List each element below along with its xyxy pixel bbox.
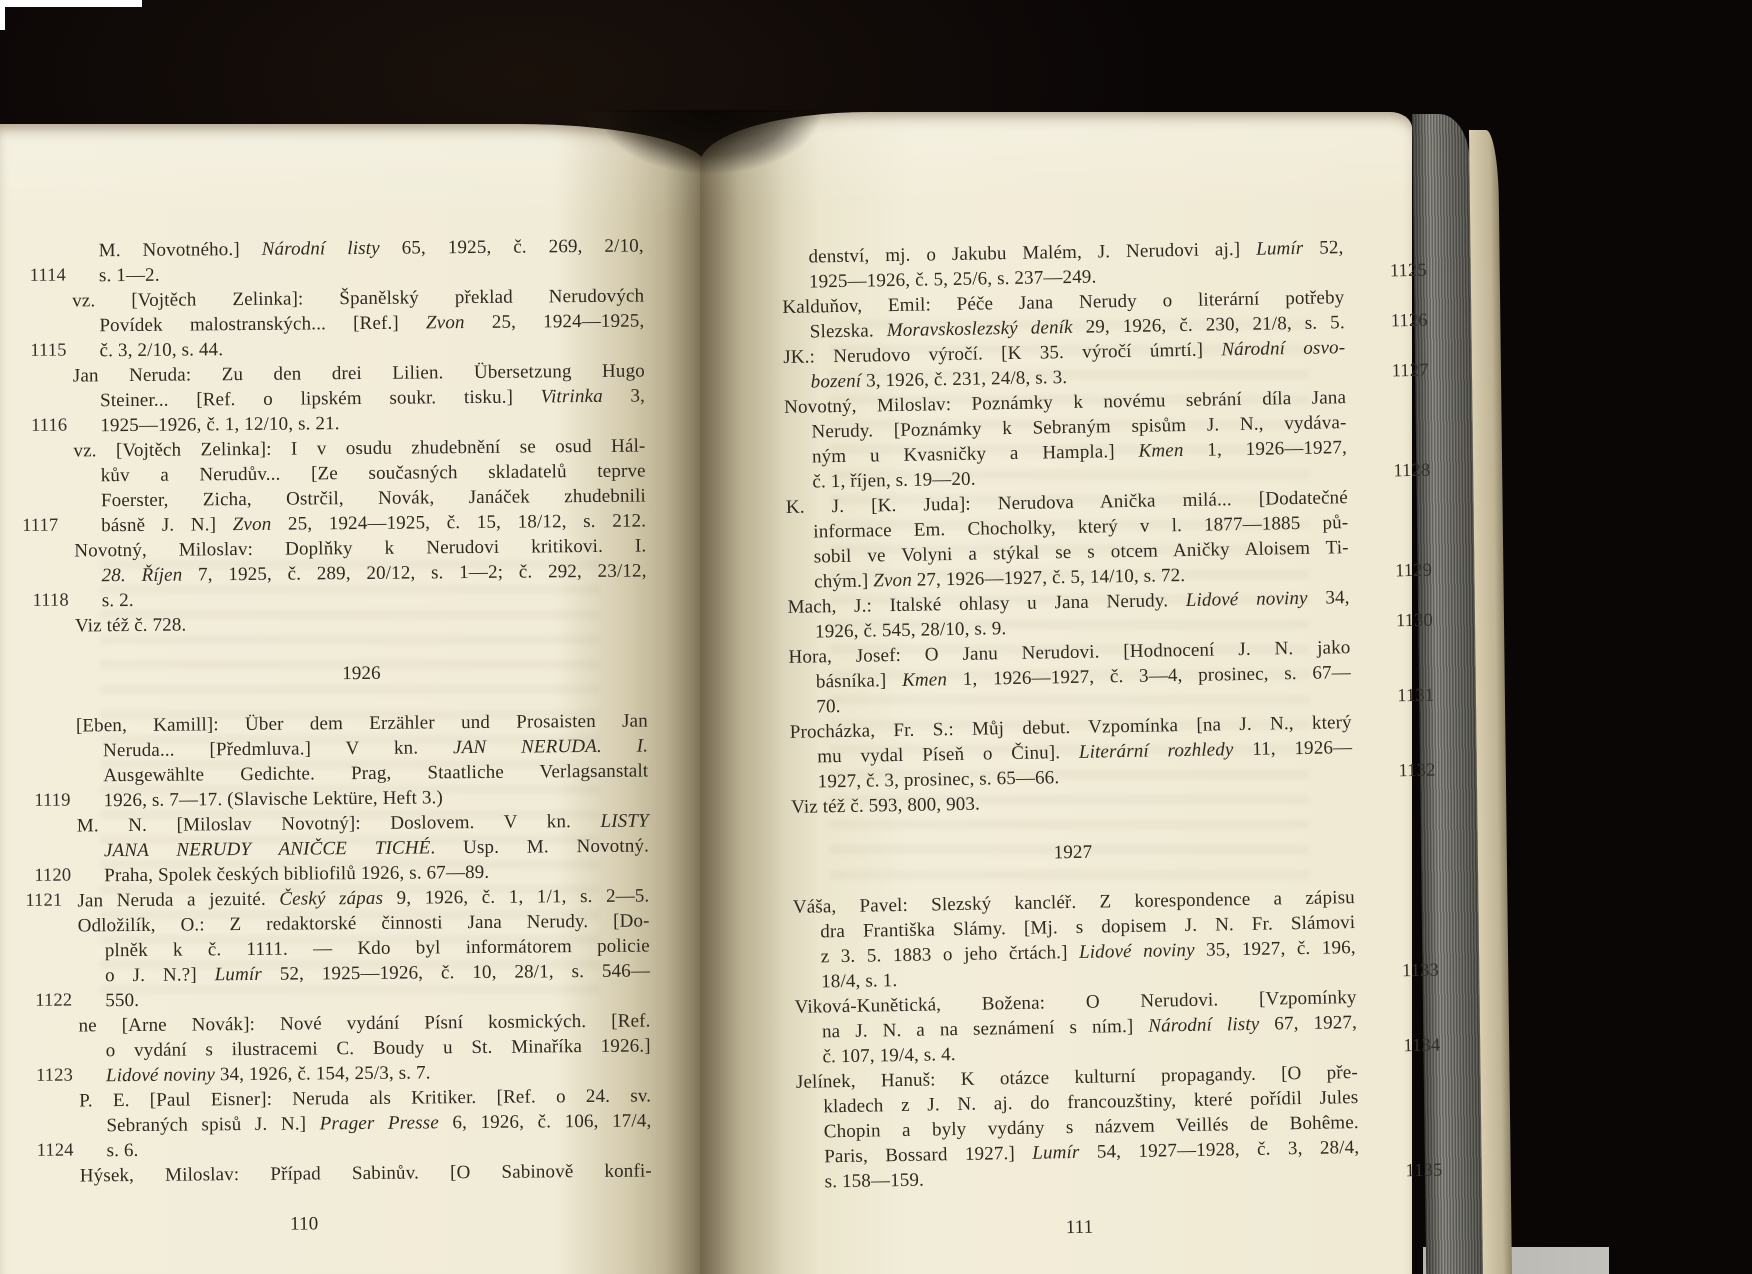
text-segment: básníka.] [816, 670, 903, 693]
italic-title-segment: LISTY [600, 811, 648, 832]
italic-title-segment: Moravskoslezský deník [887, 317, 1073, 341]
scanner-edge-artifact [0, 0, 5, 30]
text-segment: o J. N.?] [105, 964, 215, 986]
text-segment: č. 1, říjen, s. 19—20. [812, 469, 976, 493]
entry-number: 1128 [1393, 458, 1453, 484]
entry-number: 1122 [26, 989, 72, 1014]
text-segment: 54, 1927—1928, č. 3, 28/4, [1079, 1137, 1359, 1163]
text-segment: 35, 1927, č. 196, [1195, 937, 1356, 961]
italic-title-segment: 28. Říjen [102, 565, 183, 587]
text-segment: 18/4, s. 1. [821, 970, 897, 992]
entry-number: 1118 [23, 589, 69, 614]
entry-number: 1132 [1398, 758, 1458, 784]
text-segment: 7, 1925, č. 289, 20/12, s. 1—2; č. 292, … [182, 561, 646, 586]
text-segment: 110 [290, 1213, 318, 1234]
text-segment: 11, 1926— [1233, 737, 1352, 760]
entry-number: 1124 [28, 1139, 74, 1164]
text-segment: kův a Nerudův... [Ze současných skladate… [101, 461, 646, 487]
italic-title-segment: Národní osvo- [1221, 337, 1345, 360]
text-segment: 34, 1926, č. 154, 25/3, s. 7. [215, 1062, 431, 1085]
entry-number: 1114 [20, 264, 66, 289]
text-segment: Praha, Spolek českých bibliofilů 1926, s… [104, 862, 489, 886]
text-segment: 550. [105, 990, 139, 1011]
entry-number: 1119 [24, 789, 70, 814]
text-segment: básně J. N.] [101, 514, 233, 536]
text-segment: 67, 1927, [1259, 1012, 1357, 1035]
italic-title-segment: Lumír [1032, 1142, 1080, 1164]
text-segment: 1926, s. 7—17. (Slavische Lektüre, Heft … [103, 787, 443, 811]
italic-title-segment: Lidové noviny [1079, 940, 1195, 963]
italic-title-segment: Národní listy [262, 238, 380, 260]
text-segment: z 3. 5. 1883 o jeho črtách.] [821, 942, 1080, 968]
text-segment: 111 [1066, 1217, 1094, 1238]
text-segment: 34, [1307, 587, 1349, 609]
text-segment: č. 107, 19/4, s. 4. [822, 1044, 956, 1067]
italic-title-segment: Lidové noviny [1186, 588, 1308, 611]
text-segment: 1925—1926, č. 5, 25/6, s. 237—249. [809, 266, 1097, 292]
entry-number: 1123 [27, 1064, 73, 1089]
text-segment: s. 158—159. [824, 1170, 924, 1193]
entry-number: 1126 [1391, 308, 1451, 334]
text-segment: Viz též č. 593, 800, 903. [791, 794, 980, 818]
italic-title-segment: Vitrinka [541, 386, 603, 408]
text-segment: Paris, Bossard 1927.] [824, 1143, 1032, 1168]
text-segment: 52, [1303, 237, 1343, 259]
text-segment: č. 3, 2/10, s. 44. [100, 339, 224, 361]
italic-title-segment: Kmen [1138, 440, 1183, 462]
text-segment: Neruda... [Předmluva.] V kn. [103, 737, 453, 761]
text-segment: 1926 [342, 663, 381, 684]
italic-title-segment: JANA NERUDY ANIČCE TICHÉ [104, 837, 431, 861]
text-segment: Steiner... [Ref. o lipském soukr. tisku.… [100, 386, 541, 411]
text-segment: Ausgewählte Gedichte. Prag, Staatliche V… [103, 761, 648, 787]
text-segment: M. Novotného.] [99, 239, 262, 261]
text-segment: Sebraných spisů J. N.] [106, 1113, 320, 1136]
text-segment: 29, 1926, č. 230, 21/8, s. 5. [1072, 312, 1344, 338]
text-segment: vz. [Vojtěch Zelinka]: I v osudu zhudebn… [73, 436, 645, 462]
text-segment: plněk k č. 1111. — Kdo byl informátorem … [105, 935, 650, 961]
italic-title-segment: Zvon [233, 514, 272, 535]
text-segment: o vydání s ilustracemi C. Boudy u St. Mi… [106, 1035, 651, 1061]
entry-number: 1130 [1396, 608, 1456, 634]
italic-title-segment: Zvon [426, 312, 465, 333]
text-segment: 1926, č. 545, 28/10, s. 9. [815, 618, 1007, 642]
italic-title-segment: JAN NERUDA. I. [453, 736, 648, 759]
italic-title-segment: Zvon [873, 570, 912, 592]
italic-title-segment: Kmen [902, 669, 947, 691]
italic-title-segment: Národní listy [1148, 1014, 1259, 1037]
text-segment: 1, 1926—1927, [1183, 437, 1347, 461]
book-spread-scan: M. Novotného.] Národní listy 65, 1925, č… [0, 0, 1752, 1274]
text-segment: chým.] [814, 570, 873, 592]
text-segment: Jan Neruda: Zu den drei Lilien. Übersetz… [73, 361, 645, 387]
italic-title-segment: Prager Presse [320, 1112, 439, 1134]
entry-number: 1115 [21, 339, 67, 364]
text-segment: 1927, č. 3, prosinec, s. 65—66. [818, 767, 1060, 792]
entry-number: 1129 [1395, 558, 1455, 584]
text-segment: . Usp. M. Novotný. [430, 836, 649, 859]
text-segment: Povídek malostranských... [Ref.] [99, 312, 426, 336]
text-segment: 3, 1926, č. 231, 24/8, s. 3. [861, 367, 1067, 392]
text-segment: s. 6. [107, 1140, 139, 1161]
text-segment: ne [Arne Novák]: Nové vydání Písní kosmi… [78, 1010, 650, 1036]
entry-number: 1135 [1405, 1158, 1465, 1184]
text-segment: Odložilík, O.: Z redaktorské činnosti Ja… [78, 910, 650, 936]
text-segment: Novotný, Miloslav: Doplňky k Nerudovi kr… [74, 536, 646, 562]
text-segment: Hýsek, Miloslav: Případ Sabinův. [O Sabi… [80, 1160, 652, 1186]
text-segment: 1927 [1053, 842, 1092, 864]
text-segment: 70. [816, 696, 841, 717]
entry-number: 1117 [22, 514, 68, 539]
text-segment: 1925—1926, č. 1, 12/10, s. 21. [100, 413, 340, 436]
entry-number: 1133 [1402, 958, 1462, 984]
scanner-edge-artifact [0, 0, 142, 7]
text-segment: M. N. [Miloslav Novotný]: Doslovem. V kn… [77, 811, 601, 837]
text-segment: na J. N. a na seznámení s ním.] [822, 1016, 1149, 1043]
page-number: 110 [18, 1209, 590, 1239]
italic-title-segment: Literární rozhledy [1079, 739, 1234, 763]
text-segment: 9, 1926, č. 1, 1/1, s. 2—5. [383, 885, 650, 908]
italic-title-segment: Lumír [1256, 238, 1304, 260]
entry-number: 1134 [1403, 1033, 1463, 1059]
left-page-text-column: M. Novotného.] Národní listy 65, 1925, č… [72, 234, 653, 1239]
text-segment: 3, [603, 386, 645, 407]
text-segment: vz. [Vojtěch Zelinka]: Španělský překlad… [72, 286, 644, 312]
text-segment: 52, 1925—1926, č. 10, 28/1, s. 546— [262, 960, 650, 984]
text-segment: s. 1—2. [99, 265, 160, 287]
italic-title-segment: Lidové noviny [106, 1064, 215, 1086]
text-segment: 25, 1924—1925, [465, 311, 645, 334]
right-page-text-column: denství, mj. o Jakubu Malém, J. Nerudovi… [781, 235, 1360, 1245]
text-segment: 65, 1925, č. 269, 2/10, [380, 236, 644, 259]
text-segment: Jan Neruda a jezuité. [77, 889, 279, 912]
text-segment: Slezska. [810, 320, 887, 342]
text-segment: 25, 1924—1925, č. 15, 18/12, s. 212. [271, 511, 646, 535]
text-segment: [Eben, Kamill]: Über dem Erzähler und Pr… [76, 711, 648, 737]
text-segment: P. E. [Paul Eisner]: Neruda als Kritiker… [79, 1085, 651, 1111]
text-segment: ným u Kvasničky a Hampla.] [812, 441, 1139, 468]
text-segment: Viz též č. 728. [75, 615, 187, 637]
entry-number: 1125 [1390, 258, 1450, 284]
entry-number: 1127 [1391, 358, 1451, 384]
entry-number: 1116 [21, 414, 67, 439]
entry-number: 1121 [25, 889, 71, 914]
entry-number: 1131 [1397, 683, 1457, 709]
text-segment: 27, 1926—1927, č. 5, 14/10, s. 72. [912, 565, 1186, 591]
italic-title-segment: Český zápas [279, 888, 383, 910]
text-segment: s. 2. [102, 590, 134, 611]
text-segment: mu vydal Píseň o Činu]. [817, 742, 1079, 768]
entry-number: 1120 [25, 864, 71, 889]
italic-title-segment: Lumír [215, 964, 262, 985]
italic-title-segment: bození [811, 371, 862, 393]
text-segment: 6, 1926, č. 106, 17/4, [439, 1110, 652, 1133]
text-segment: Foerster, Zicha, Ostrčil, Novák, Janáček… [101, 486, 646, 512]
